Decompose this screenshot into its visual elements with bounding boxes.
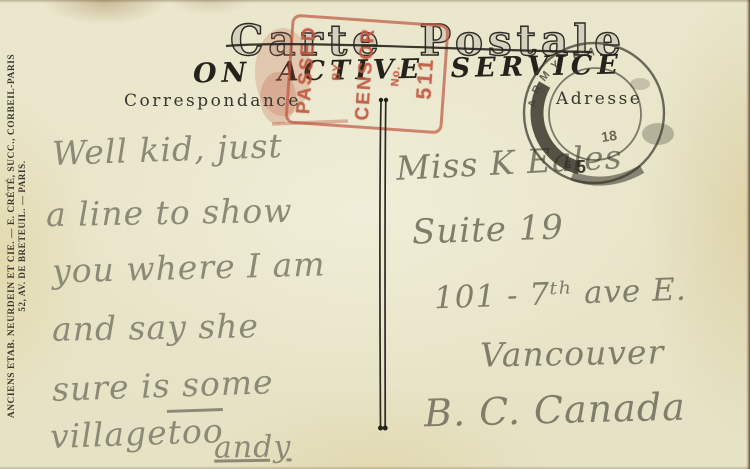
signature: andy	[214, 429, 292, 465]
message-line-1: Well kid, just	[51, 126, 283, 173]
message-line-3: you where I am	[52, 244, 327, 290]
address-line-2: Suite 19	[411, 207, 564, 252]
address-line-1: Miss K Eales	[395, 137, 623, 188]
divider-line-left	[380, 101, 381, 427]
publisher-line-2: 52, AV. DE BRETEUIL. — PARIS.	[17, 26, 27, 446]
paper-edge-top	[0, 0, 750, 3]
correspondance-label: Correspondance	[124, 91, 301, 111]
postmark-right-smudge	[642, 123, 674, 145]
censor-stamp: PASSED BY CENSOR No. 511	[284, 14, 449, 135]
adresse-label: Adresse	[556, 89, 642, 109]
divider-tip	[378, 426, 383, 431]
message-word-village: village	[49, 413, 168, 456]
publisher-imprint: ANCIENS ETAB. NEURDEIN ET CIE. — E. CRÉT…	[7, 26, 27, 446]
postcard-scan: ANCIENS ETAB. NEURDEIN ET CIE. — E. CRÉT…	[0, 0, 750, 469]
divider-line-right	[385, 101, 386, 427]
censor-stamp-word-by: BY	[330, 63, 343, 81]
censor-stamp-word-censor: CENSOR	[352, 27, 380, 122]
message-line-6: villagetoo	[49, 411, 224, 456]
address-line-4: Vancouver	[480, 332, 665, 374]
paper-edge-right	[746, 0, 750, 469]
message-line-5: sure is some	[51, 362, 274, 409]
censor-stamp-number: 511	[412, 56, 439, 100]
message-line-4: and say she	[52, 306, 260, 349]
publisher-line-1: ANCIENS ETAB. NEURDEIN ET CIE. — E. CRÉT…	[7, 26, 17, 446]
message-line-2: a line to show	[46, 191, 293, 234]
censor-stamp-word-no: No.	[389, 65, 402, 87]
divider-tip	[383, 426, 388, 431]
address-line-3: 101 - 7ᵗʰ ave E.	[433, 272, 687, 317]
address-line-5: B. C. Canada	[423, 385, 686, 436]
